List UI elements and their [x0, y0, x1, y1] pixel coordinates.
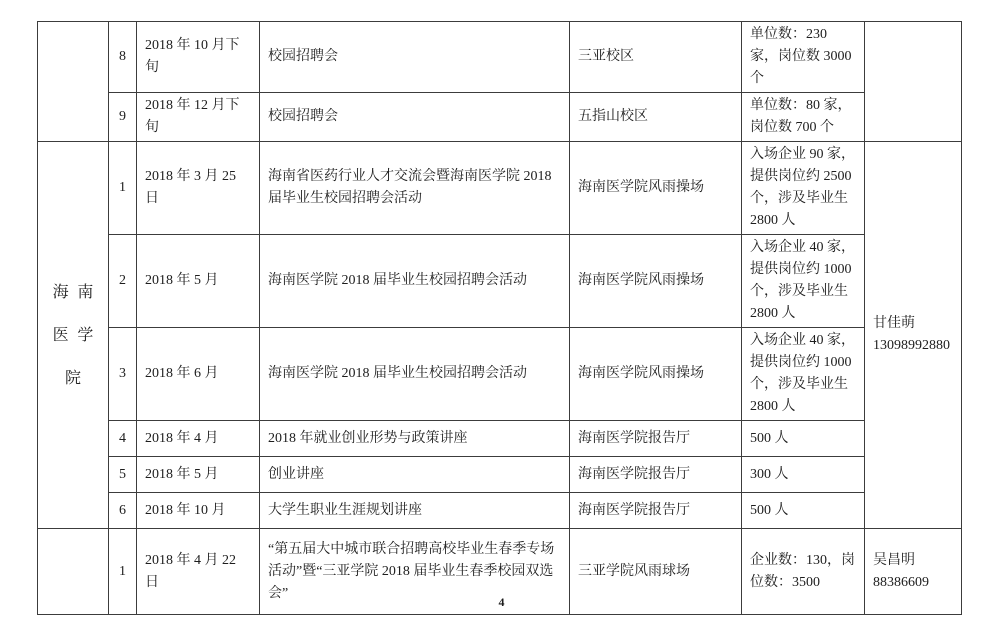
- location-cell: 海南医学院风雨操场: [570, 142, 742, 235]
- schedule-table: 8 2018 年 10 月下旬 校园招聘会 三亚校区 单位数：230 家，岗位数…: [37, 21, 962, 615]
- institution-cell: [38, 22, 109, 142]
- table-row: 2 2018 年 5 月 海南医学院 2018 届毕业生校园招聘会活动 海南医学…: [38, 235, 962, 328]
- details-cell: 入场企业 90 家，提供岗位约 2500 个，涉及毕业生 2800 人: [742, 142, 865, 235]
- event-cell: 海南医学院 2018 届毕业生校园招聘会活动: [260, 328, 570, 421]
- details-cell: 入场企业 40 家，提供岗位约 1000 个，涉及毕业生 2800 人: [742, 235, 865, 328]
- table-row: 5 2018 年 5 月 创业讲座 海南医学院报告厅 300 人: [38, 457, 962, 493]
- date-cell: 2018 年 5 月: [137, 235, 260, 328]
- event-cell: 校园招聘会: [260, 22, 570, 93]
- contact-phone: 13098992880: [873, 335, 953, 357]
- contact-cell: [865, 22, 962, 142]
- location-cell: 三亚校区: [570, 22, 742, 93]
- date-cell: 2018 年 4 月: [137, 421, 260, 457]
- institution-name-line: 医学: [46, 314, 109, 357]
- page-number: 4: [0, 595, 1003, 610]
- event-cell: 校园招聘会: [260, 93, 570, 142]
- table-row: 海南 医学 院 1 2018 年 3 月 25 日 海南省医药行业人才交流会暨海…: [38, 142, 962, 235]
- contact-name: 吴昌明: [873, 550, 953, 572]
- event-cell: 2018 年就业创业形势与政策讲座: [260, 421, 570, 457]
- date-cell: 2018 年 5 月: [137, 457, 260, 493]
- event-cell: 创业讲座: [260, 457, 570, 493]
- row-number-cell: 6: [109, 493, 137, 529]
- date-cell: 2018 年 10 月下旬: [137, 22, 260, 93]
- institution-name: 海南 医学 院: [46, 271, 100, 400]
- date-cell: 2018 年 3 月 25 日: [137, 142, 260, 235]
- row-number-cell: 3: [109, 328, 137, 421]
- details-cell: 单位数：80 家，岗位数 700 个: [742, 93, 865, 142]
- row-number-cell: 9: [109, 93, 137, 142]
- date-cell: 2018 年 10 月: [137, 493, 260, 529]
- location-cell: 海南医学院风雨操场: [570, 328, 742, 421]
- location-cell: 五指山校区: [570, 93, 742, 142]
- details-cell: 300 人: [742, 457, 865, 493]
- row-number-cell: 1: [109, 142, 137, 235]
- table-row: 3 2018 年 6 月 海南医学院 2018 届毕业生校园招聘会活动 海南医学…: [38, 328, 962, 421]
- contact-cell: 甘佳萌 13098992880: [865, 142, 962, 529]
- location-cell: 海南医学院报告厅: [570, 493, 742, 529]
- date-cell: 2018 年 6 月: [137, 328, 260, 421]
- location-cell: 海南医学院报告厅: [570, 457, 742, 493]
- details-cell: 500 人: [742, 421, 865, 457]
- institution-name-line: 院: [46, 357, 109, 400]
- event-cell: 海南省医药行业人才交流会暨海南医学院 2018 届毕业生校园招聘会活动: [260, 142, 570, 235]
- event-cell: 大学生职业生涯规划讲座: [260, 493, 570, 529]
- location-cell: 海南医学院风雨操场: [570, 235, 742, 328]
- row-number-cell: 5: [109, 457, 137, 493]
- table-row: 8 2018 年 10 月下旬 校园招聘会 三亚校区 单位数：230 家，岗位数…: [38, 22, 962, 93]
- row-number-cell: 8: [109, 22, 137, 93]
- row-number-cell: 2: [109, 235, 137, 328]
- table-row: 6 2018 年 10 月 大学生职业生涯规划讲座 海南医学院报告厅 500 人: [38, 493, 962, 529]
- details-cell: 入场企业 40 家，提供岗位约 1000 个，涉及毕业生 2800 人: [742, 328, 865, 421]
- location-cell: 海南医学院报告厅: [570, 421, 742, 457]
- contact-name: 甘佳萌: [873, 313, 953, 335]
- details-cell: 500 人: [742, 493, 865, 529]
- details-cell: 单位数：230 家，岗位数 3000 个: [742, 22, 865, 93]
- institution-name-line: 海南: [46, 271, 109, 314]
- table-row: 4 2018 年 4 月 2018 年就业创业形势与政策讲座 海南医学院报告厅 …: [38, 421, 962, 457]
- date-cell: 2018 年 12 月下旬: [137, 93, 260, 142]
- table-row: 9 2018 年 12 月下旬 校园招聘会 五指山校区 单位数：80 家，岗位数…: [38, 93, 962, 142]
- row-number-cell: 4: [109, 421, 137, 457]
- document-page: 8 2018 年 10 月下旬 校园招聘会 三亚校区 单位数：230 家，岗位数…: [0, 0, 1003, 618]
- contact-phone: 88386609: [873, 572, 953, 594]
- institution-cell: 海南 医学 院: [38, 142, 109, 529]
- event-cell: 海南医学院 2018 届毕业生校园招聘会活动: [260, 235, 570, 328]
